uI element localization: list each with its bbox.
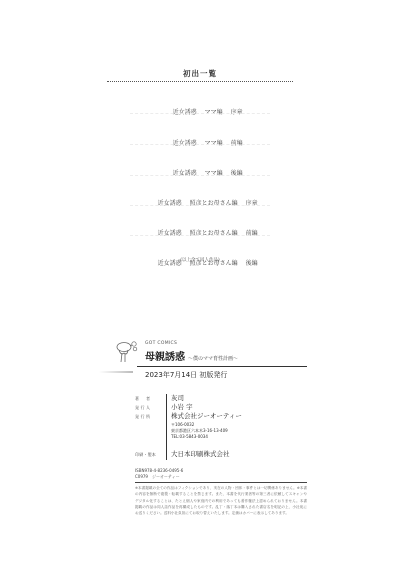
- book-title-text: 母親誘惑: [145, 352, 185, 363]
- title-divider: [137, 366, 307, 367]
- series-label: GOT COMICS: [145, 341, 177, 346]
- isbn-block: ISBN978-4-8236-0495-6 C0979 ジーオーティー: [135, 468, 183, 479]
- credit-row-publisher-company: 発行所 株式会社ジーオーティー: [135, 412, 315, 421]
- toc-title: 初出一覧: [110, 68, 290, 80]
- publisher-address: 〒106-0032 東京都港区六本木3-16-13-409 TEL:03-584…: [171, 422, 228, 440]
- credit-label: 著 者: [135, 394, 161, 403]
- credit-row-author: 著 者 灰司: [135, 394, 315, 403]
- dotted-divider: [107, 81, 293, 82]
- credit-row-printer: 印刷・製本 大日本印刷株式会社: [135, 450, 315, 459]
- colophon-page: 初出一覧 近女誘惑ママ編序章 近女誘惑ママ編前編 近女誘惑ママ編後編 近女誘惑照…: [0, 0, 400, 568]
- credit-value: 株式会社ジーオーティー: [171, 412, 242, 421]
- first-appearance-list: 初出一覧 近女誘惑ママ編序章 近女誘惑ママ編前編 近女誘惑ママ編後編 近女誘惑照…: [110, 68, 290, 82]
- credits-list: 著 者 灰司 発行人 小岩 宇 発行所 株式会社ジーオーティー: [135, 394, 315, 421]
- list-item: 近女誘惑照彦とお母さん編序章: [110, 189, 290, 199]
- list-item: 近女誘惑照彦とお母さん編前編: [110, 219, 290, 229]
- disclaimer-divider: [135, 482, 307, 483]
- row-divider: [130, 113, 270, 114]
- book-title: 母親誘惑〜僕のママ育性計画〜: [145, 348, 238, 363]
- credit-label: 印刷・製本: [135, 450, 161, 459]
- publication-date: 2023年7月14日 初版発行: [145, 370, 227, 380]
- row-divider: [130, 205, 270, 206]
- row-divider: [130, 175, 270, 176]
- book-subtitle: 〜僕のママ育性計画〜: [188, 356, 238, 362]
- isbn-note: C0979 ジーオーティー: [135, 474, 183, 480]
- toc-note: (以上全て同人作品): [150, 257, 250, 263]
- telephone: TEL:03-5843-0034: [171, 434, 228, 440]
- credit-value: 小岩 宇: [171, 403, 193, 412]
- list-item: 近女誘惑ママ編前編: [110, 129, 290, 139]
- credit-value: 大日本印刷株式会社: [171, 450, 230, 459]
- row-divider: [130, 235, 270, 236]
- isbn: ISBN978-4-8236-0495-6: [135, 468, 183, 474]
- list-item: 近女誘惑ママ編後編: [110, 159, 290, 169]
- decorative-rule: [99, 371, 133, 373]
- credit-value: 灰司: [171, 394, 184, 403]
- credit-label: 発行所: [135, 412, 161, 421]
- credit-label: 発行人: [135, 403, 161, 412]
- publisher-mascot-logo-icon: [115, 340, 139, 366]
- credit-row-publisher-person: 発行人 小岩 宇: [135, 403, 315, 412]
- list-item: 近女誘惑ママ編序章: [110, 98, 290, 108]
- row-divider: [130, 144, 270, 145]
- legal-disclaimer: ※本書掲載の全ての作品はフィクションであり、実在の人物・団体・事件とは一切関係あ…: [135, 485, 307, 516]
